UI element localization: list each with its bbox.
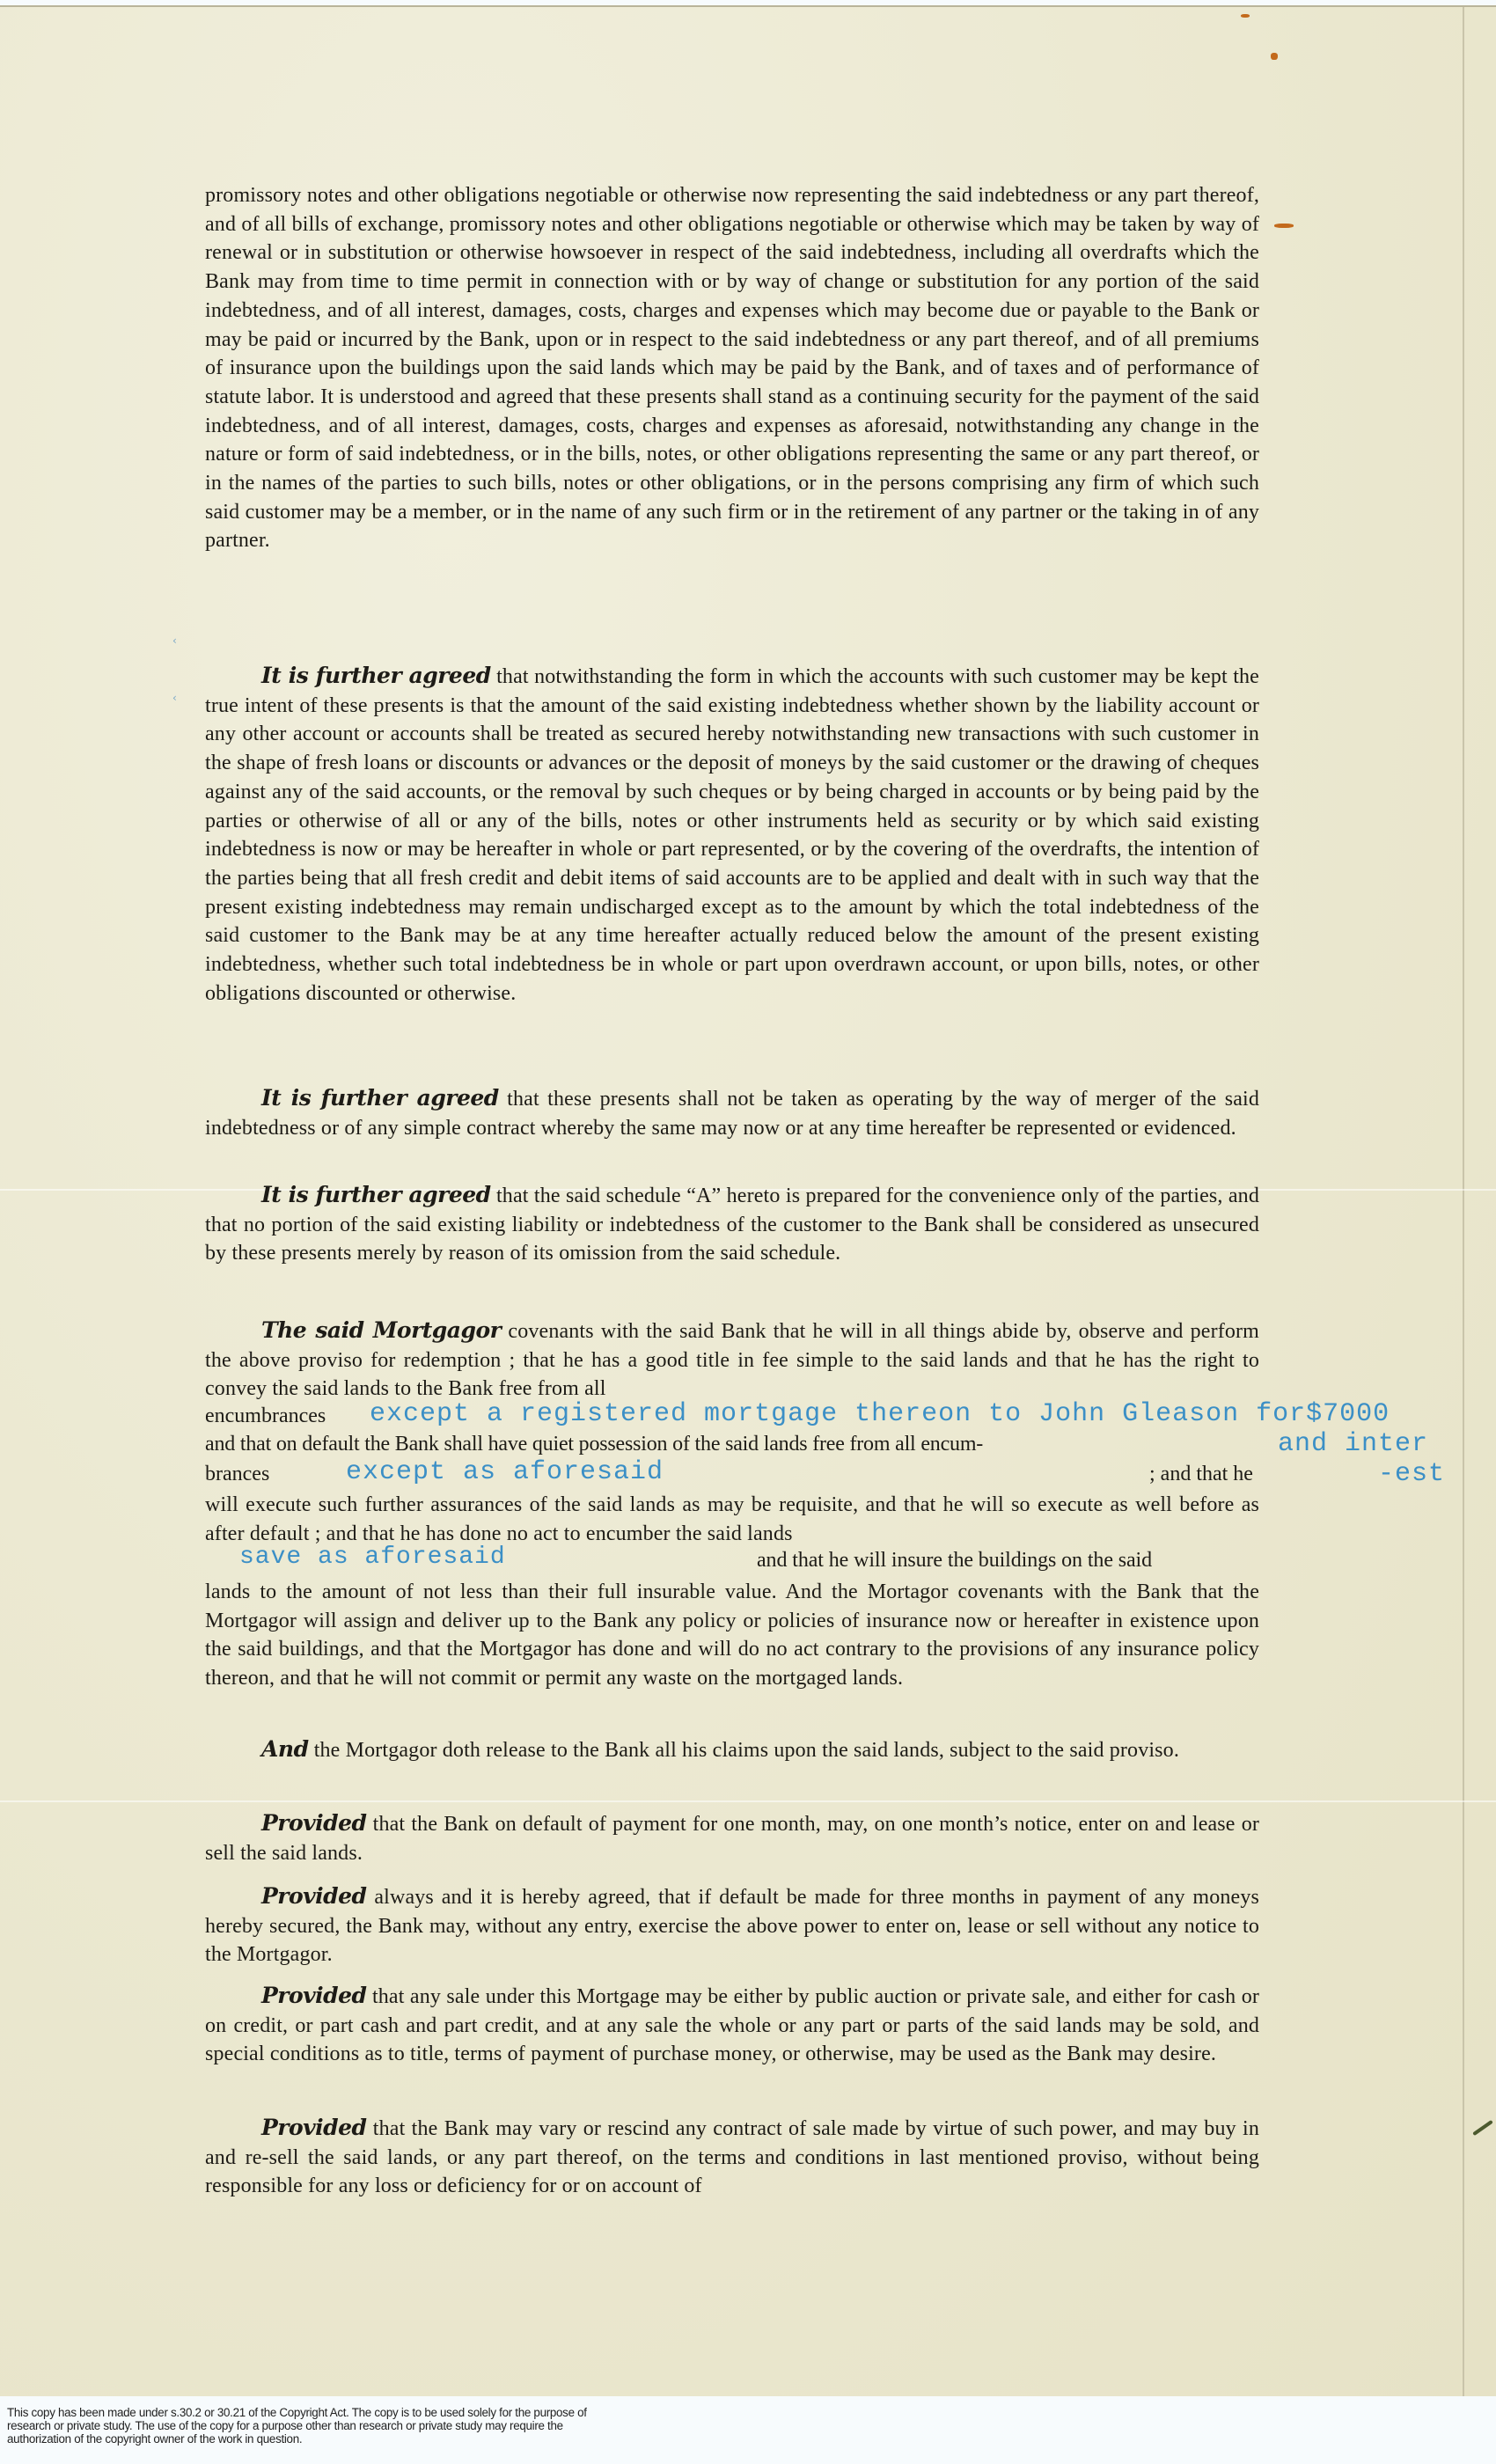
blackletter-heading: It is further agreed (261, 663, 491, 688)
paragraph-further-agreed-accounts: It is further agreed that notwithstandin… (205, 662, 1259, 1008)
paragraph-proviso-three-months: Provided always and it is hereby agreed,… (205, 1882, 1259, 1969)
blackletter-heading: It is further agreed (261, 1085, 499, 1111)
paragraph-further-assurances: will execute such further assurances of … (205, 1491, 1259, 1548)
blackletter-heading: Provided (261, 1983, 367, 2008)
paragraph-release-claims: And the Mortgagor doth release to the Ba… (205, 1735, 1259, 1765)
rust-stain (1241, 14, 1250, 18)
rust-stain (1274, 224, 1294, 228)
default-possession-line: and that on default the Bank shall have … (205, 1433, 983, 1456)
paragraph-further-agreed-schedule: It is further agreed that the said sched… (205, 1181, 1259, 1268)
typed-encumbrance-exception: except a registered mortgage thereon to … (370, 1399, 1390, 1429)
vertical-fold-line (1463, 7, 1464, 2396)
insure-buildings-text: and that he will insure the buildings on… (757, 1549, 1152, 1573)
paragraph-mortgagor-covenants: The said Mortgagor covenants with the sa… (205, 1316, 1259, 1404)
brances-label: brances (205, 1463, 269, 1486)
paragraph-further-agreed-merger: It is further agreed that these presents… (205, 1084, 1259, 1142)
and-that-he-text: ; and that he (1149, 1463, 1253, 1486)
encumbrances-label: encumbrances (205, 1404, 326, 1428)
blackletter-heading: And (261, 1736, 309, 1762)
typed-interest-part2: -est (1378, 1459, 1445, 1489)
typed-interest-part1: and inter (1278, 1429, 1428, 1459)
paragraph-security-continuing: promissory notes and other obligations n… (205, 181, 1259, 555)
blackletter-heading: Provided (261, 1883, 367, 1909)
typed-except-aforesaid: except as aforesaid (346, 1457, 664, 1487)
typed-save-as-aforesaid: save as aforesaid (239, 1544, 506, 1571)
copyright-notice: This copy has been made under s.30.2 or … (7, 2406, 623, 2446)
horizontal-fold-crease (0, 1800, 1496, 1802)
margin-mark: ‹ (172, 634, 177, 647)
blackletter-heading: Provided (261, 1810, 367, 1836)
paragraph-proviso-one-month: Provided that the Bank on default of pay… (205, 1809, 1259, 1867)
paragraph-proviso-rescind: Provided that the Bank may vary or resci… (205, 2114, 1259, 2201)
paragraph-proviso-sale: Provided that any sale under this Mortga… (205, 1982, 1259, 2069)
blackletter-heading: It is further agreed (261, 1182, 491, 1207)
blackletter-heading: The said Mortgagor (261, 1317, 501, 1343)
blackletter-heading: Provided (261, 2115, 367, 2140)
paragraph-insurance: lands to the amount of not less than the… (205, 1578, 1259, 1693)
rust-stain (1271, 53, 1278, 60)
pen-mark (1472, 2120, 1493, 2136)
margin-mark: ‹ (172, 692, 177, 704)
